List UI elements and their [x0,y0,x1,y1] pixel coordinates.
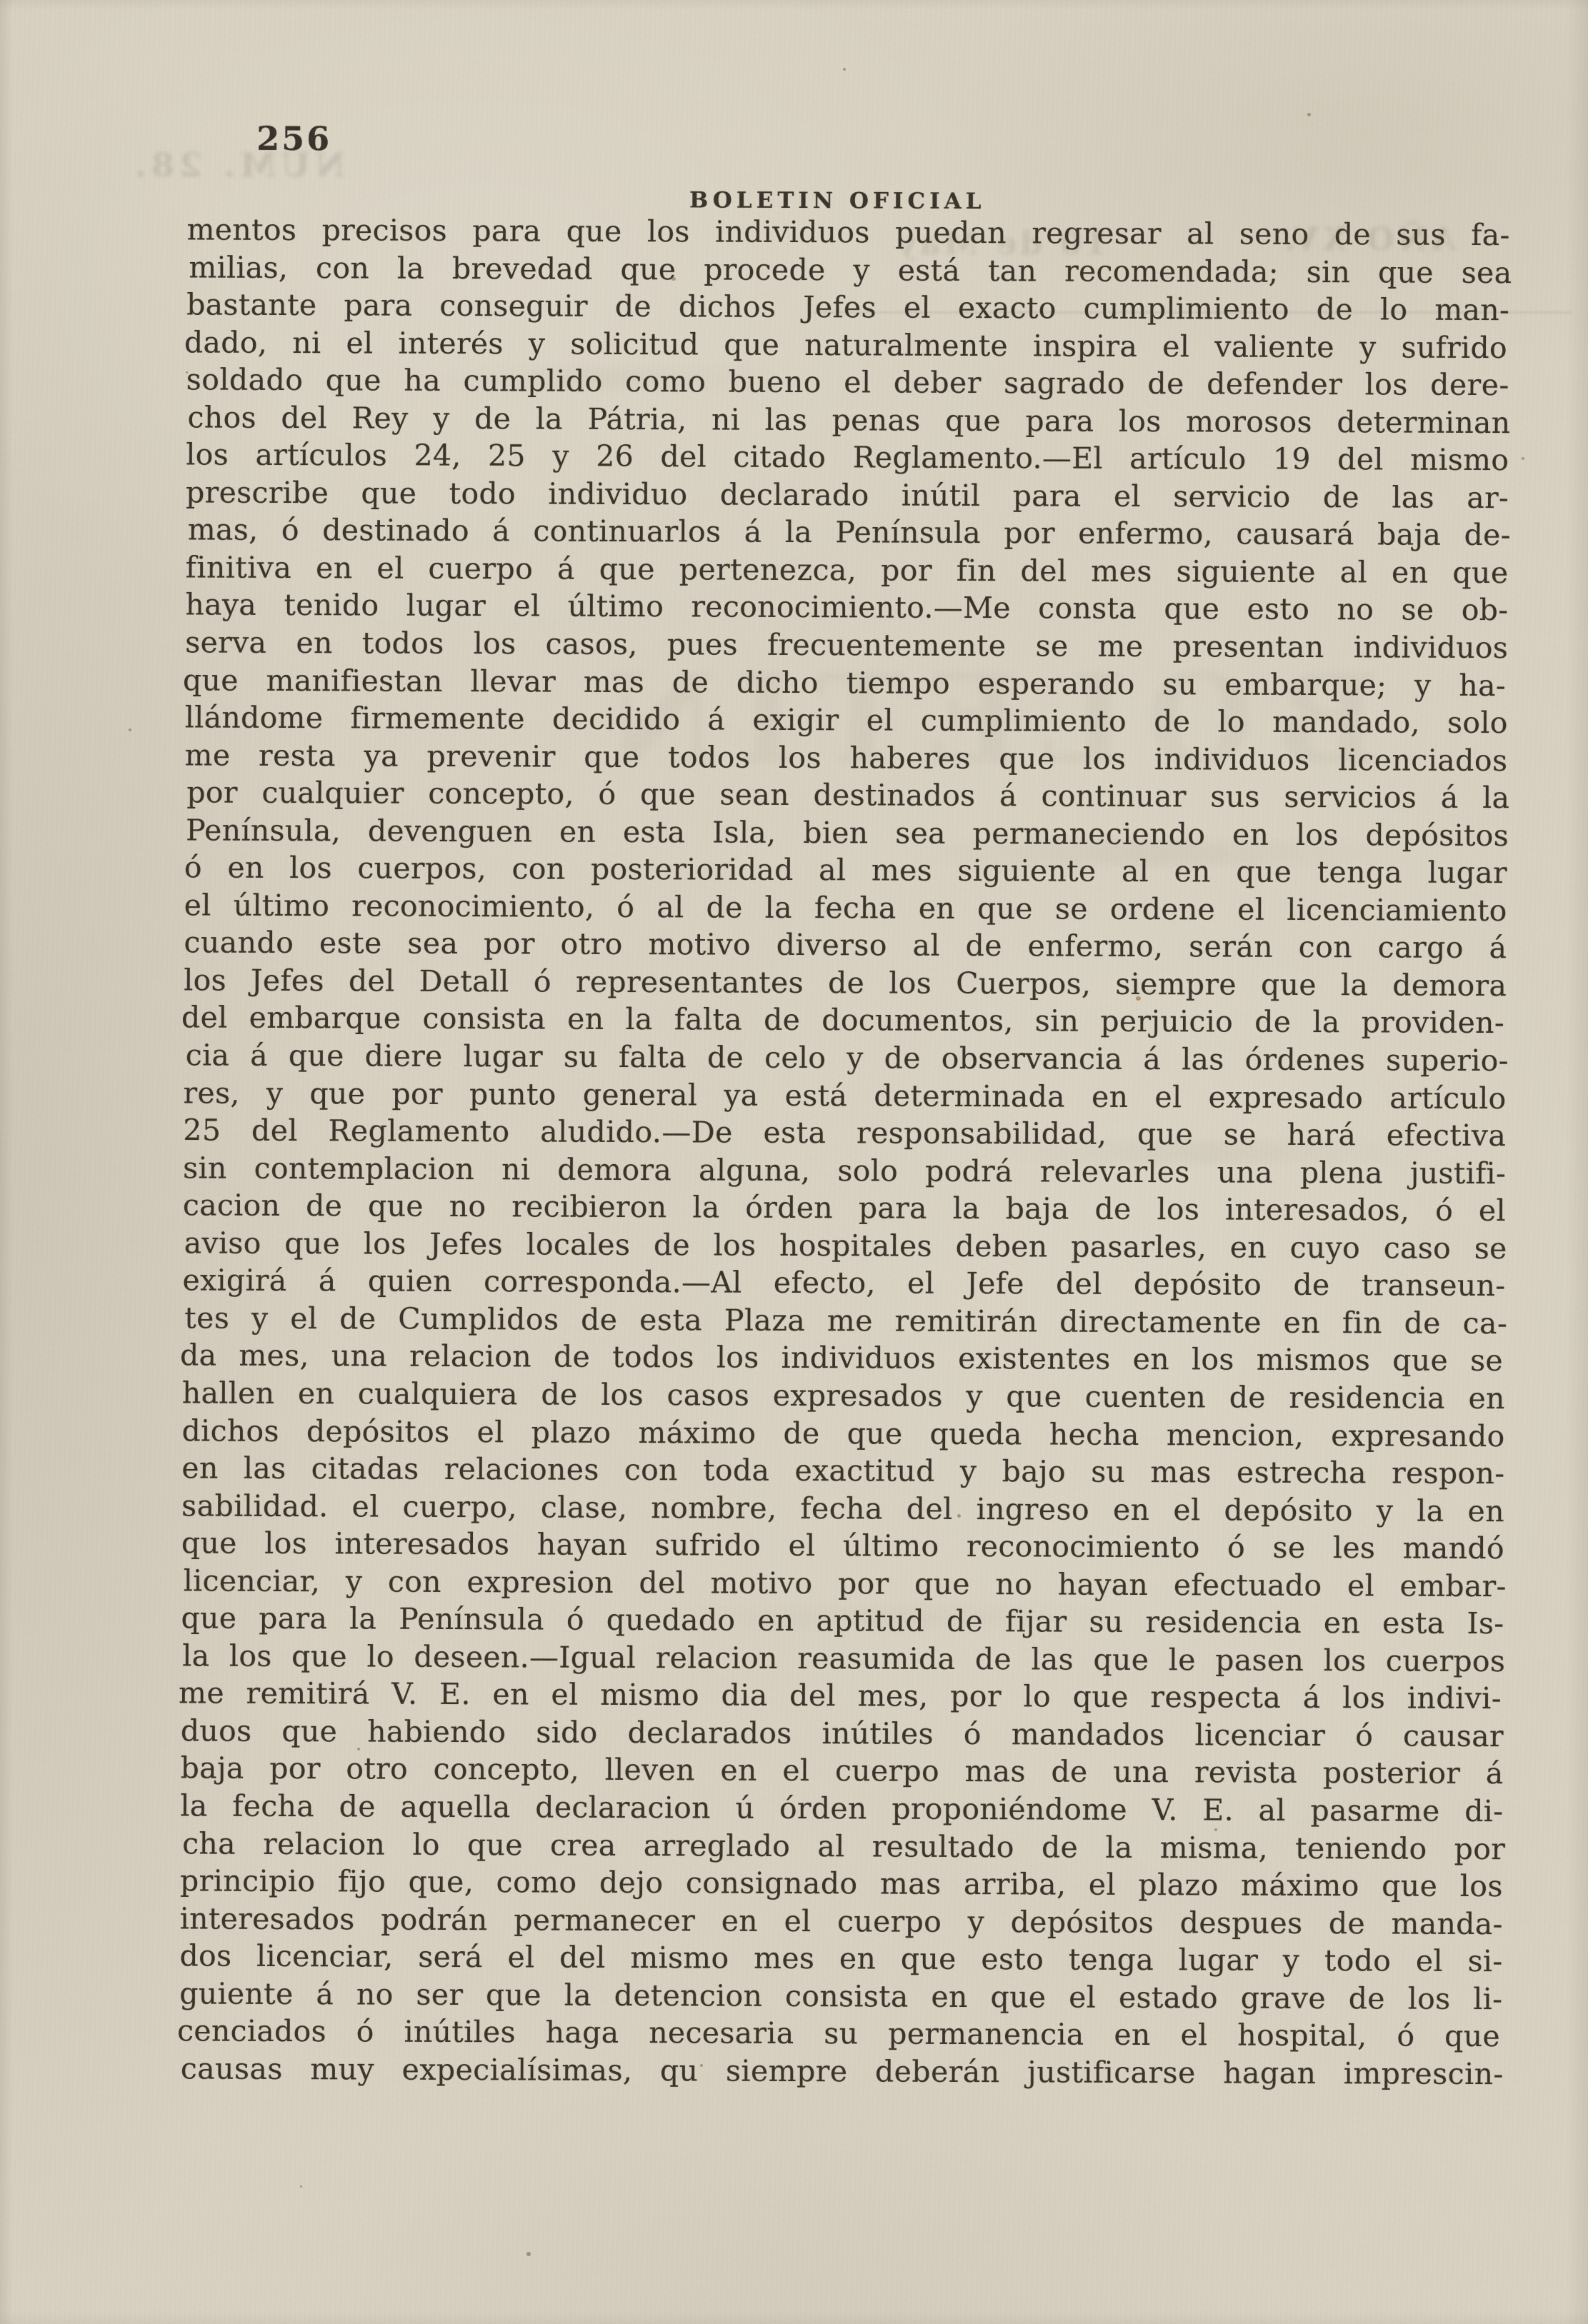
text-line: el último reconocimiento, ó al de la fec… [184,886,1507,929]
text-line: licenciar, y con expresion del motivo po… [184,1562,1507,1605]
text-line: sin contemplacion ni demora alguna, solo… [183,1149,1506,1192]
scanned-page: { "page": { "number": "256", "header_tit… [0,0,1588,2324]
text-line: baja por otro concepto, lleven en el cue… [181,1750,1504,1793]
text-line: aviso que los Jefes locales de los hospi… [184,1224,1507,1267]
text-line: cha relacion lo que crea arreglado al re… [182,1825,1505,1868]
text-line: cenciados ó inútiles haga necesaria su p… [177,2013,1500,2055]
text-line: por cualquier concepto, ó que sean desti… [186,774,1509,817]
paper-speck [357,1748,360,1750]
text-line: que para la Península ó quedado en aptit… [181,1600,1504,1643]
text-line: 25 del Reglamento aludido.—De esta respo… [183,1112,1506,1155]
paper-speck [843,68,846,71]
text-line: los artículos 24, 25 y 26 del citado Reg… [186,436,1509,479]
paper-speck [129,728,131,731]
text-line: hallen en cualquiera de los casos expres… [182,1374,1505,1417]
text-line: guiente á no ser que la detencion consis… [179,1975,1502,2018]
text-line: sabilidad. el cuerpo, clase, nombre, fec… [181,1487,1504,1530]
text-line: tes y el de Cumplidos de esta Plaza me r… [184,1299,1507,1342]
paper-speck [1136,996,1141,1001]
text-line: la fecha de aquella declaracion ú órden … [180,1787,1503,1830]
text-line: me remitirá V. E. en el mismo dia del me… [179,1675,1502,1718]
text-line: ó en los cuerpos, con posterioridad al m… [184,849,1507,892]
paper-speck [1522,457,1524,460]
text-line: que manifiestan llevar mas de dicho tiem… [183,661,1506,704]
text-line: serva en todos los casos, pues frecuente… [185,623,1508,666]
paper-speck [1214,1828,1217,1831]
text-line: prescribe que todo individuo declarado i… [186,474,1509,516]
text-line: cuando este sea por otro motivo diverso … [184,924,1507,967]
text-line: dos licenciar, será el del mismo mes en … [179,1938,1502,1980]
text-line: los Jefes del Detall ó representantes de… [184,961,1507,1004]
paper-speck [1307,113,1311,116]
text-line: exigirá á quien corresponda.—Al efecto, … [182,1262,1505,1305]
text-line: la los que lo deseen.—Igual relacion rea… [182,1637,1505,1680]
text-line: cia á que diere lugar su falta de celo y… [186,1036,1509,1079]
text-line: Península, devenguen en esta Isla, bien … [186,811,1509,854]
text-line: me resta ya prevenir que todos los haber… [184,736,1507,779]
text-line: haya tenido lugar el último reconocimien… [185,586,1508,629]
text-line: causas muy expecialísimas, qu siempre de… [181,2050,1504,2093]
running-header-title: BOLETIN OFICIAL [689,187,986,214]
text-line: principio fijo que, como dejo consignado… [180,1862,1503,1905]
text-line: llándome firmemente decidido á exigir el… [185,699,1508,742]
text-line: res, y que por punto general ya está det… [183,1074,1506,1117]
text-line: del embarque consista en la falta de doc… [181,999,1504,1042]
text-line: da mes, una relacion de todos los indivi… [180,1337,1503,1380]
text-line: bastante para conseguir de dichos Jefes … [186,286,1509,329]
text-line: milias, con la brevedad que procede y es… [189,249,1512,291]
paper-speck [300,2185,302,2188]
page-number: 256 [256,119,331,158]
body-text: mentos precisos para que los individuos … [179,211,1510,2093]
text-line: finitiva en el cuerpo á que pertenezca, … [186,549,1509,591]
printed-content: 256 BOLETIN OFICIAL mentos precisos para… [0,0,1588,2324]
text-line: mas, ó destinado á continuarlos á la Pen… [188,511,1511,554]
text-line: dichos depósitos el plazo máximo de que … [181,1412,1504,1455]
paper-speck [1032,1361,1035,1363]
text-line: mentos precisos para que los individuos … [187,211,1510,254]
text-line: dado, ni el interés y solicitud que natu… [184,324,1507,366]
text-line: interesados podrán permanecer en el cuer… [180,1900,1503,1943]
paper-speck [526,2252,531,2256]
text-line: chos del Rey y de la Pátria, ni las pena… [187,399,1510,441]
text-line: duos que habiendo sido declarados inútil… [181,1712,1504,1755]
text-line: en las citadas relaciones con toda exact… [181,1449,1504,1492]
paper-speck [957,1514,961,1518]
text-line: cacion de que no recibieron la órden par… [183,1187,1506,1230]
text-line: soldado que ha cumplido como bueno el de… [186,361,1509,404]
paper-speck [671,277,676,281]
paper-speck [186,371,188,374]
text-line: que los interesados hayan sufrido el últ… [181,1525,1504,1568]
paper-speck [700,2064,703,2067]
